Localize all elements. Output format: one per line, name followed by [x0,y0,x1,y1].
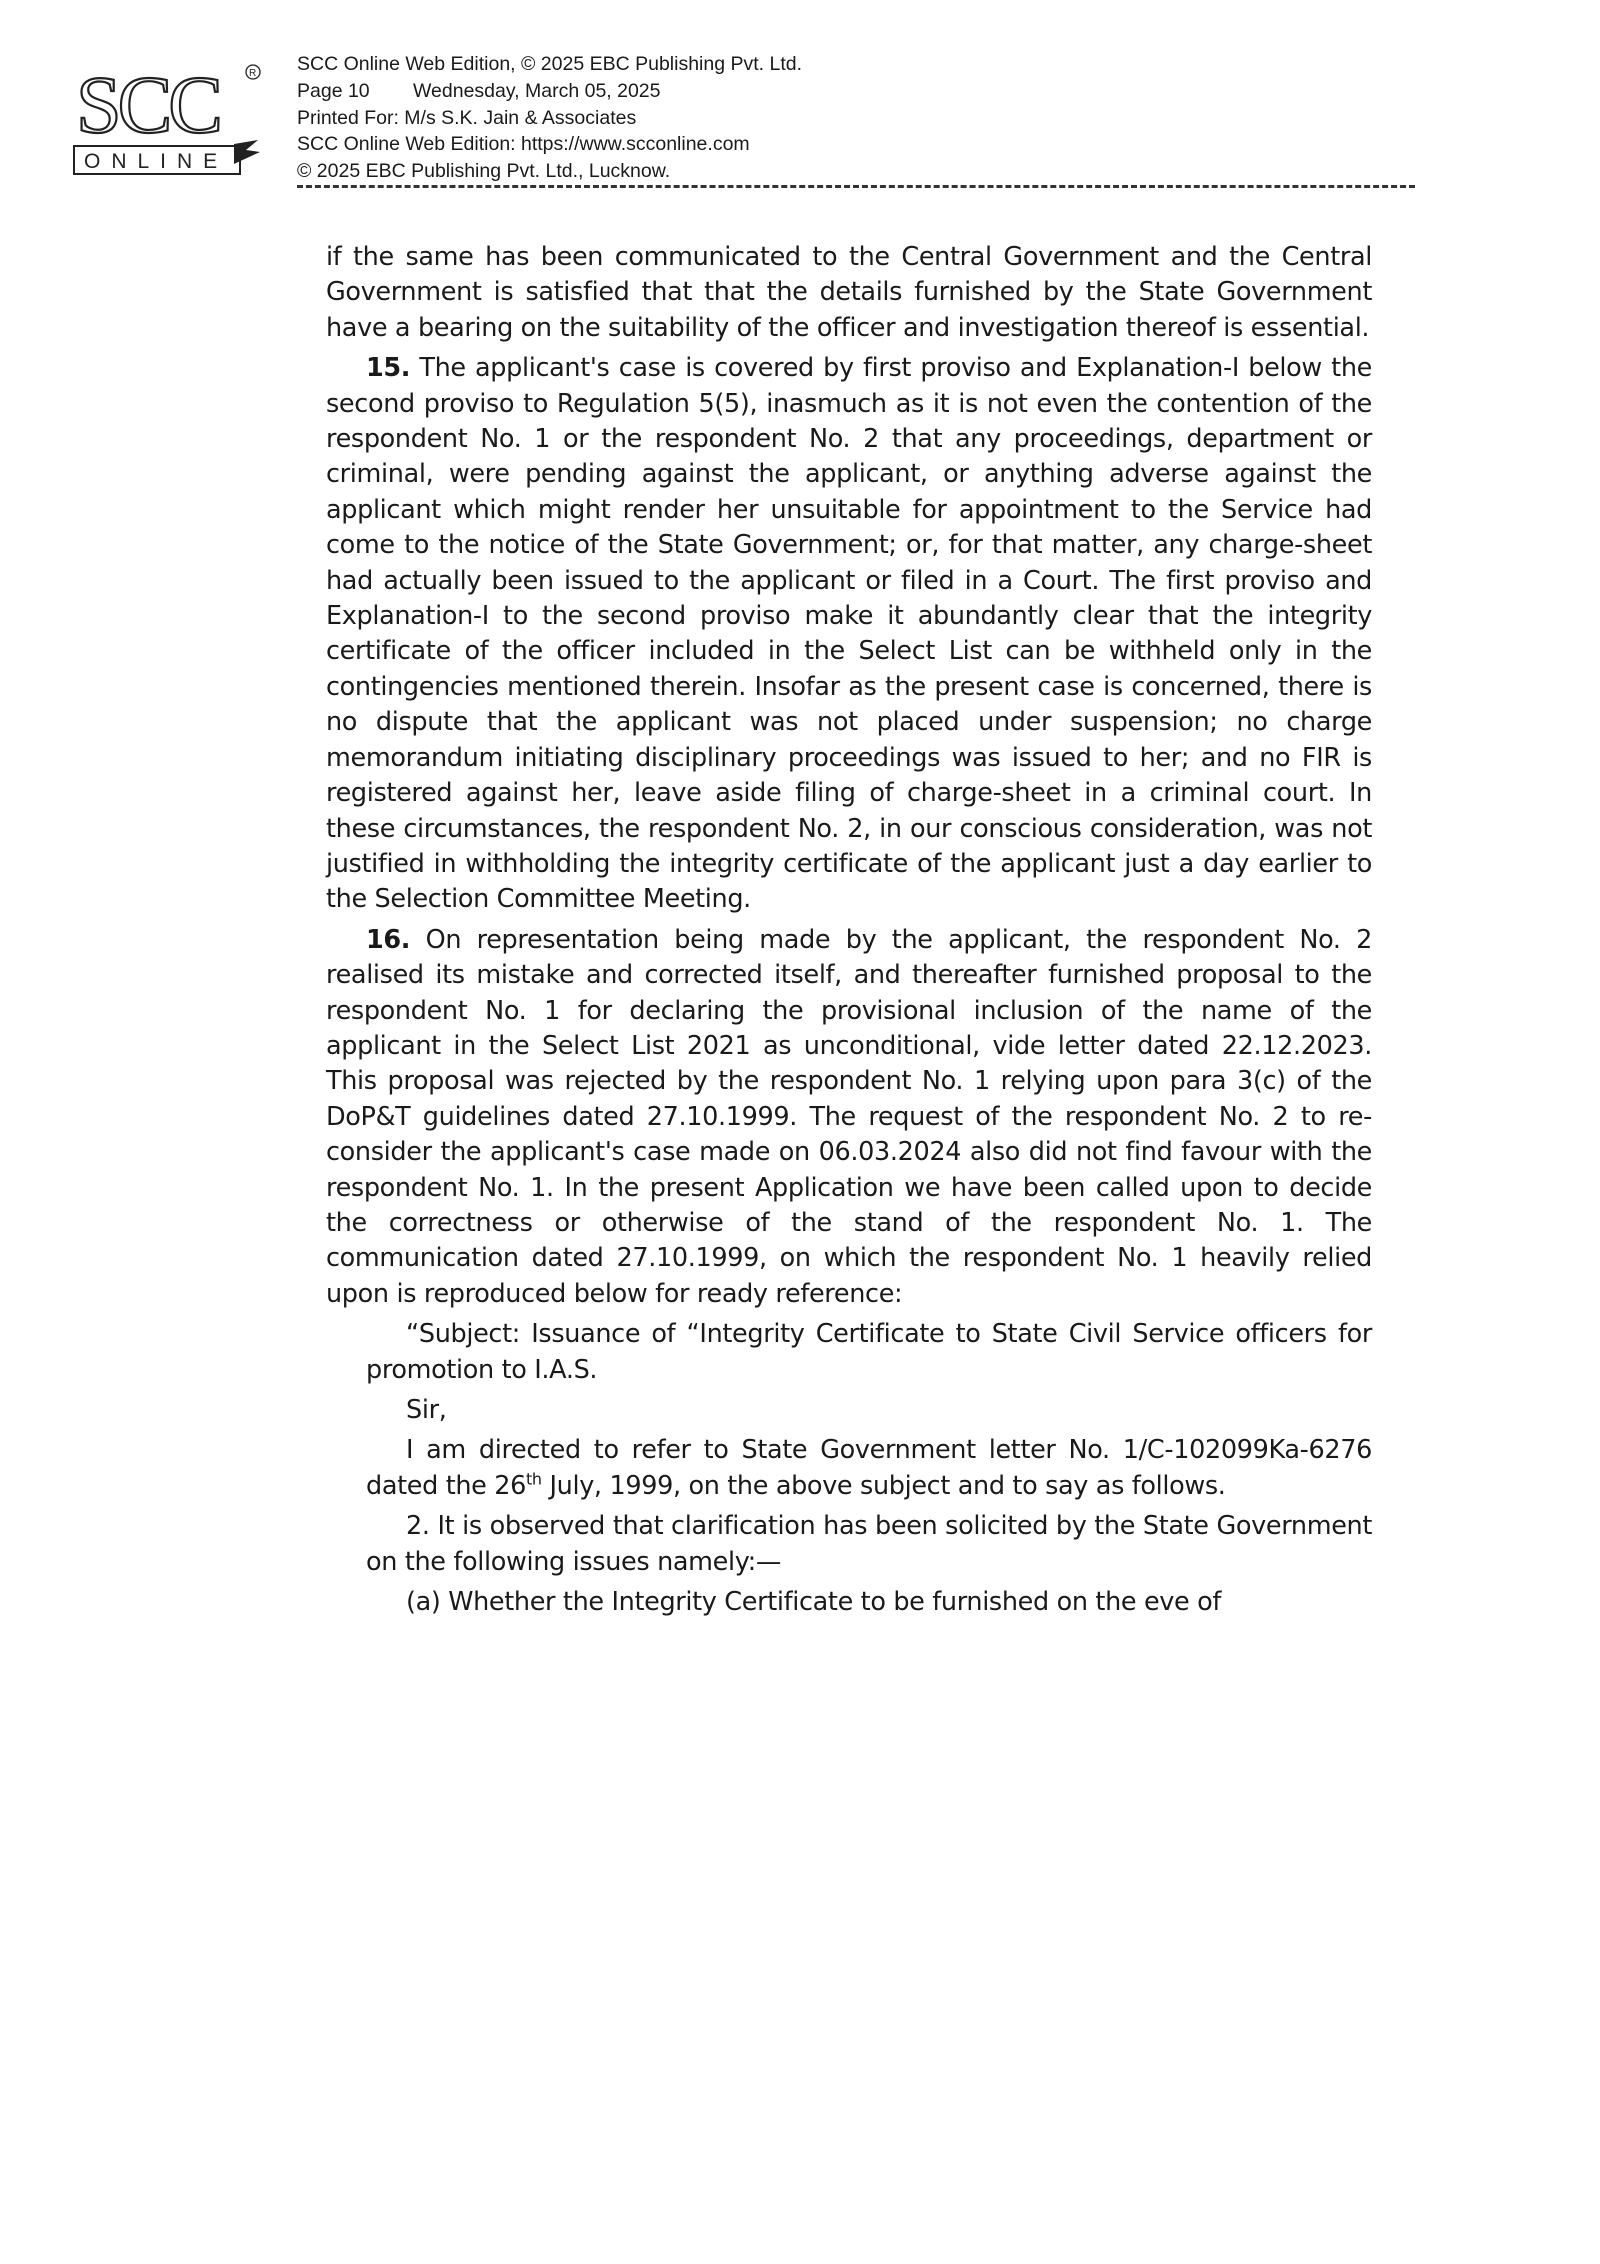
header-url-line: SCC Online Web Edition: https://www.scco… [297,131,802,158]
quoted-paragraph-1: I am directed to refer to State Governme… [366,1433,1372,1504]
scc-online-logo: SCC R ONLINE [70,60,270,180]
paragraph-15: 15. The applicant's case is covered by f… [326,351,1372,918]
paragraph-text: On representation being made by the appl… [326,925,1372,1309]
scc-online-logo-icon: SCC R ONLINE [70,60,270,180]
quoted-paragraph-2: 2. It is observed that clarification has… [366,1509,1372,1580]
paragraph-text: The applicant's case is covered by first… [326,353,1372,914]
svg-text:R: R [249,68,256,79]
quoted-subject: “Subject: Issuance of “Integrity Certifi… [366,1317,1372,1388]
header-page-date-line: Page 10 Wednesday, March 05, 2025 [297,78,802,105]
quoted-salutation: Sir, [366,1393,1372,1428]
document-body: if the same has been communicated to the… [326,240,1372,1625]
svg-text:SCC: SCC [76,60,219,150]
paragraph-number: 15. [366,353,410,383]
ordinal-superscript: th [526,1469,542,1488]
header-edition-line: SCC Online Web Edition, © 2025 EBC Publi… [297,51,802,78]
svg-text:ONLINE: ONLINE [84,150,228,173]
continuation-paragraph: if the same has been communicated to the… [326,240,1372,346]
print-header: SCC Online Web Edition, © 2025 EBC Publi… [297,51,802,185]
paragraph-number: 16. [366,925,410,955]
header-divider [297,185,1415,188]
quoted-paragraph-3: (a) Whether the Integrity Certificate to… [366,1585,1372,1620]
header-copyright-line: © 2025 EBC Publishing Pvt. Ltd., Lucknow… [297,158,802,185]
header-printed-for-line: Printed For: M/s S.K. Jain & Associates [297,105,802,132]
quoted-text: July, 1999, on the above subject and to … [542,1471,1226,1501]
paragraph-16: 16. On representation being made by the … [326,923,1372,1312]
